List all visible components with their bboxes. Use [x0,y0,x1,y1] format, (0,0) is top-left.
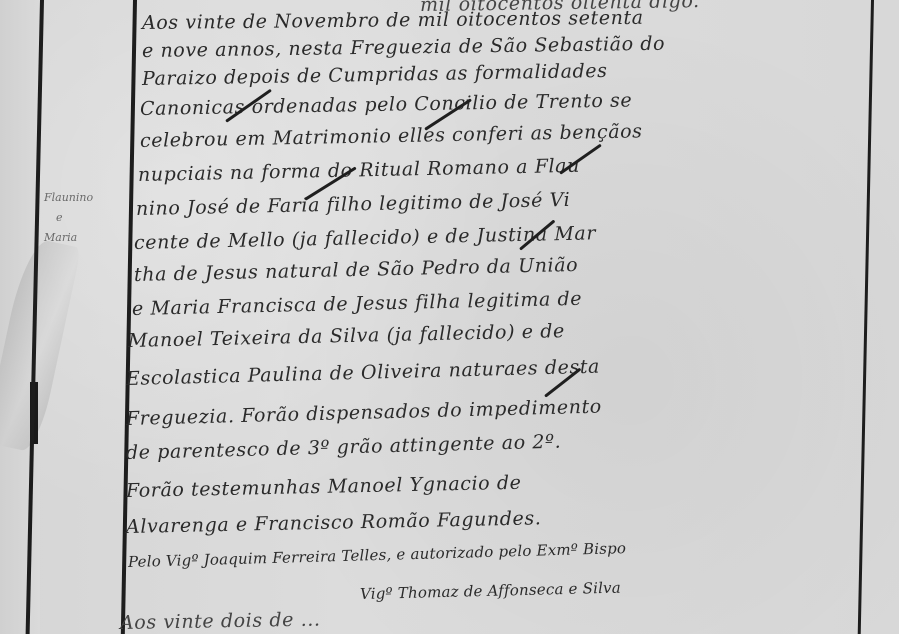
text-line: de parentesco de 3º grão attingente ao 2… [126,431,562,464]
text-line: Paraizo depois de Cumpridas as formalida… [142,60,608,90]
signature-line: Vigº Thomaz de Affonseca e Silva [360,579,621,603]
text-line: e Maria Francisca de Jesus filha legitim… [132,288,583,320]
text-line: Escolastica Paulina de Oliveira naturaes… [126,356,601,390]
margin-note-line: Maria [44,228,129,248]
text-line: cente de Mello (ja fallecido) e de Justi… [134,222,597,254]
text-line-next-entry: Aos vinte dois de ... [120,609,321,634]
text-line: Alvarenga e Francisco Romão Fagundes. [126,507,542,538]
text-line: Freguezia. Forão dispensados do impedime… [126,396,602,430]
text-line: nino José de Faria filho legitimo de Jos… [136,189,571,220]
margin-note-line: Flaunino [44,188,129,208]
signature-line: Pelo Vigº Joaquim Ferreira Telles, e aut… [128,539,627,571]
text-line: e nove annos, nesta Freguezia de São Seb… [142,33,665,62]
right-margin-rule [858,0,874,634]
margin-note-line: e [44,208,129,228]
text-line: tha de Jesus natural de São Pedro da Uni… [134,254,579,286]
margin-note-names: Flaunino e Maria [44,188,129,248]
register-page: Flaunino e Maria mil oitocentos oitenta … [0,0,899,634]
text-line: Manoel Teixeira da Silva (ja fallecido) … [128,320,565,352]
text-line: nupciais na forma do Ritual Romano a Fla… [138,155,580,186]
text-line: Canonicas ordenadas pelo Concilio de Tre… [140,89,633,120]
text-line: celebrou em Matrimonio elles conferi as … [140,120,643,152]
text-line: Aos vinte de Novembro de mil oitocentos … [142,7,644,34]
text-line: Forão testemunhas Manoel Ygnacio de [126,472,522,502]
